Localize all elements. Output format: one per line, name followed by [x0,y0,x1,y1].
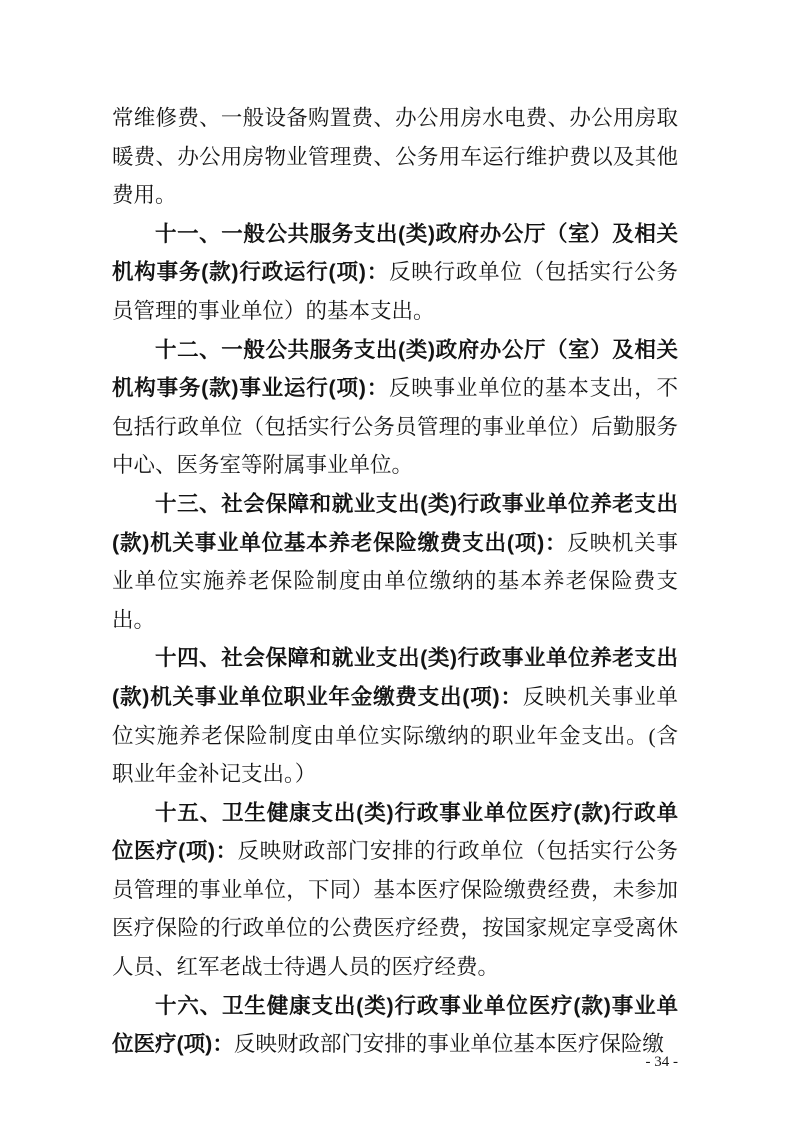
paragraph-body: 常维修费、一般设备购置费、办公用房水电费、办公用房取暖费、办公用房物业管理费、公… [112,106,678,207]
body-text: 常维修费、一般设备购置费、办公用房水电费、办公用房取暖费、办公用房物业管理费、公… [112,99,678,1064]
page-number: - 34 - [112,1052,678,1072]
paragraph: 十五、卫生健康支出(类)行政事业单位医疗(款)行政单位医疗(项)：反映财政部门安… [112,794,678,987]
paragraph: 十二、一般公共服务支出(类)政府办公厅（室）及相关机构事务(款)事业运行(项)：… [112,331,678,485]
paragraph: 十三、社会保障和就业支出(类)行政事业单位养老支出(款)机关事业单位基本养老保险… [112,485,678,639]
paragraph: 常维修费、一般设备购置费、办公用房水电费、办公用房取暖费、办公用房物业管理费、公… [112,99,678,215]
paragraph: 十一、一般公共服务支出(类)政府办公厅（室）及相关机构事务(款)行政运行(项)：… [112,215,678,331]
document-page: 常维修费、一般设备购置费、办公用房水电费、办公用房取暖费、办公用房物业管理费、公… [0,0,793,1122]
paragraph: 十四、社会保障和就业支出(类)行政事业单位养老支出(款)机关事业单位职业年金缴费… [112,639,678,793]
